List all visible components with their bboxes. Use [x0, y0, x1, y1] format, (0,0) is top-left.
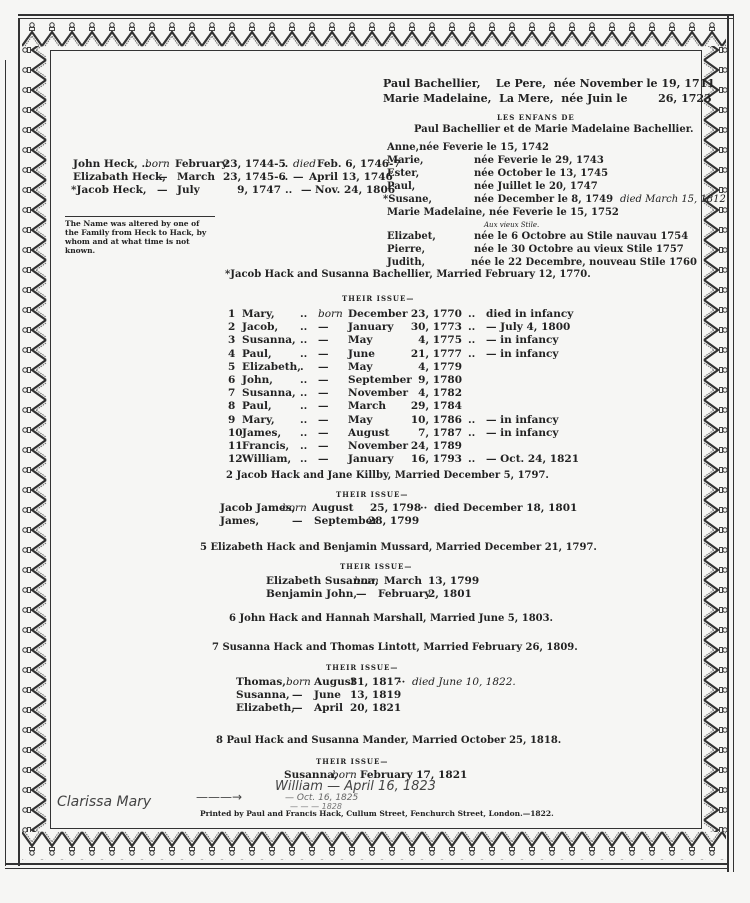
born-label: — — [356, 588, 378, 601]
birth-month: August — [314, 676, 350, 689]
born-label: — — [318, 440, 348, 453]
child-row: 2Jacob,..—January30, 1773..— July 4, 180… — [228, 321, 570, 334]
separator: .. — [300, 400, 318, 413]
birth-month: January — [348, 321, 406, 334]
birth-date: 9, 1747 — [223, 184, 281, 197]
child-susane: *Susane,née December le 8, 1749 died Mar… — [383, 193, 726, 206]
child-name: Francis, — [242, 440, 300, 453]
death-date: died in infancy — [486, 308, 573, 321]
birth-date: 29, 1784 — [406, 400, 468, 413]
child-ester: Ester,née October le 13, 1745 — [387, 167, 608, 180]
separator: . — [300, 361, 318, 374]
heck-row: John Heck, ..bornFebruary23, 1744-5..die… — [73, 158, 401, 171]
death-date: — July 4, 1800 — [486, 321, 570, 334]
marriage-title: 2 Jacob Hack and Jane Killby, Married De… — [226, 469, 549, 482]
birth-date: 2, 1801 — [428, 588, 472, 601]
child-name: *Susane, — [383, 193, 474, 206]
child-number: 10 — [228, 427, 242, 440]
separator: ·· — [398, 676, 412, 689]
marriage-title: 7 Susanna Hack and Thomas Lintott, Marri… — [212, 641, 578, 654]
child-row: 4Paul,..—June21, 1777..— in infancy — [228, 348, 559, 361]
mother-birth-date: 26, 1723 — [658, 92, 712, 105]
children-heading-line: Paul Bachellier et de Marie Madelaine Ba… — [414, 123, 694, 136]
birth-month: June — [314, 689, 350, 702]
mother-entry: Marie Madelaine, La Mere, née Juin le 26… — [383, 92, 712, 105]
child-number: 11 — [228, 440, 242, 453]
child-name: Susanna, — [242, 387, 300, 400]
child-number: 7 — [228, 387, 242, 400]
child-number: 2 — [228, 321, 242, 334]
child-row: Benjamin John,—February2, 1801 — [266, 588, 472, 601]
born-label: — — [157, 171, 177, 184]
birth-month: August — [348, 427, 406, 440]
child-number: 4 — [228, 348, 242, 361]
died-label: — — [293, 171, 309, 184]
child-row: 1Mary,..bornDecember23, 1770..died in in… — [228, 308, 573, 321]
child-birth: née October le 13, 1745 — [474, 168, 608, 179]
born-label: — — [292, 689, 314, 702]
separator: .. — [468, 453, 486, 466]
born-label: — — [318, 321, 348, 334]
birth-month: August — [312, 502, 370, 515]
birth-month: November — [348, 387, 406, 400]
child-name: Mary, — [242, 414, 300, 427]
child-name: Paul, — [242, 348, 300, 361]
birth-date: 4, 1775 — [406, 334, 468, 347]
child-row: Elizabeth Susanna,bornMarch13, 1799 — [266, 575, 479, 588]
birth-date: 7, 1787 — [406, 427, 468, 440]
separator: .. — [468, 348, 486, 361]
child-birth: née December le 8, 1749 — [474, 194, 613, 205]
born-label: — — [318, 387, 348, 400]
born-label: — — [318, 374, 348, 387]
child-name: Jacob, — [242, 321, 300, 334]
death-date: died June 10, 1822. — [412, 676, 516, 689]
child-name: Thomas, — [236, 676, 286, 689]
child-number: 1 — [228, 308, 242, 321]
death-date: died December 18, 1801 — [434, 502, 577, 515]
separator: .. — [300, 374, 318, 387]
born-label: — — [292, 515, 314, 528]
born-label: — — [318, 334, 348, 347]
handwritten-margin-name: Clarissa Mary — [57, 794, 151, 810]
birth-date: 31, 1817 — [350, 676, 398, 689]
note-divider — [65, 216, 215, 217]
separator: .. — [468, 414, 486, 427]
child-name: Jacob James, — [220, 502, 282, 515]
child-elizabet: Elizabet,née le 6 Octobre au Stile nauva… — [387, 230, 688, 243]
child-row: 10James,..—August7, 1787..— in infancy — [228, 427, 559, 440]
child-birth: née le 30 Octobre au vieux Stile 1757 — [474, 244, 684, 255]
child-name: Mary, — [242, 308, 300, 321]
birth-month: September — [314, 515, 368, 528]
child-pierre: Pierre,née le 30 Octobre au vieux Stile … — [387, 243, 684, 256]
birth-date: 25, 1798 — [370, 502, 420, 515]
birth-date: 30, 1773 — [406, 321, 468, 334]
father-role: Le Pere, — [496, 77, 546, 90]
child-name: Anne, — [387, 142, 419, 153]
separator: .. — [300, 308, 318, 321]
child-name: Elizabeth Susanna, — [266, 575, 354, 588]
child-birth: née Feverie le 29, 1743 — [474, 155, 604, 166]
birth-date: 13, 1819 — [350, 689, 401, 702]
death-date: — Oct. 24, 1821 — [486, 453, 579, 466]
separator: .. — [300, 453, 318, 466]
born-label: — — [318, 348, 348, 361]
printer-imprint: Printed by Paul and Francis Hack, Cullum… — [200, 809, 554, 818]
death-date: Feb. 6, 1746-7 — [317, 158, 401, 171]
father-birth: née November le 19, 1711 — [554, 77, 715, 90]
separator: .. — [468, 334, 486, 347]
child-name: Elizabeth, — [236, 702, 292, 715]
birth-date: 23, 1745-6 — [223, 171, 281, 184]
birth-month: December — [348, 308, 406, 321]
father-name: Paul Bachellier, — [383, 77, 481, 90]
separator: .. — [300, 414, 318, 427]
child-marie: Marie,née Feverie le 29, 1743 — [387, 154, 604, 167]
child-number: 8 — [228, 400, 242, 413]
born-label: — — [292, 702, 314, 715]
separator: .. — [300, 321, 318, 334]
birth-date: 4, 1782 — [406, 387, 468, 400]
born-label: — — [318, 453, 348, 466]
child-name: Susanna, — [236, 689, 292, 702]
child-number: 9 — [228, 414, 242, 427]
birth-date: 23, 1770 — [406, 308, 468, 321]
birth-date: 28, 1799 — [368, 515, 419, 528]
child-row: 9Mary,..—May10, 1786..— in infancy — [228, 414, 559, 427]
child-row: Jacob James,bornAugust25, 1798··died Dec… — [220, 502, 577, 515]
death-date: — in infancy — [486, 348, 559, 361]
child-row: 11Francis,..—November24, 1789 — [228, 440, 486, 453]
child-name: Marie Madelaine, — [387, 207, 486, 218]
born-label: born — [286, 676, 314, 689]
issue-label: THEIR ISSUE— — [316, 755, 388, 768]
child-row: 3Susanna,..—May4, 1775..— in infancy — [228, 334, 559, 347]
child-number: 5 — [228, 361, 242, 374]
child-birth: née le 6 Octobre au Stile nauvau 1754 — [474, 231, 688, 242]
death-date: Nov. 24, 1806 — [315, 184, 395, 197]
child-row: Susanna,—June13, 1819 — [236, 689, 401, 702]
separator: .. — [300, 334, 318, 347]
marriage-title: 8 Paul Hack and Susanna Mander, Married … — [216, 734, 561, 747]
child-name: Paul, — [242, 400, 300, 413]
birth-date: 10, 1786 — [406, 414, 468, 427]
child-number: 12 — [228, 453, 242, 466]
born-label: born — [282, 502, 312, 515]
birth-month: February — [175, 158, 223, 171]
marriage-title: 5 Elizabeth Hack and Benjamin Mussard, M… — [200, 541, 597, 554]
child-birth: née Feverie le 15, 1752 — [489, 207, 619, 218]
separator: .. — [300, 387, 318, 400]
birth-month: November — [348, 440, 406, 453]
separator: .. — [468, 321, 486, 334]
child-birth: née Feverie le 15, 1742 — [419, 142, 549, 153]
heck-row: Elizabath Heck,—March23, 1745-6..—April … — [73, 171, 393, 184]
child-anne: Anne,née Feverie le 15, 1742 — [387, 141, 549, 154]
child-name: Benjamin John, — [266, 588, 356, 601]
died-label: — — [301, 184, 315, 197]
separator: .. — [468, 427, 486, 440]
issue-label: THEIR ISSUE— — [340, 560, 412, 573]
child-number: 3 — [228, 334, 242, 347]
birth-month: March — [348, 400, 406, 413]
separator: ·· — [420, 502, 434, 515]
child-paul: Paul,née Juillet le 20, 1747 — [387, 180, 598, 193]
child-row: Thomas,bornAugust31, 1817··died June 10,… — [236, 676, 516, 689]
child-name: William, — [242, 453, 300, 466]
birth-date: 16, 1793 — [406, 453, 468, 466]
separator: .. — [281, 184, 301, 197]
child-row: 12William,..—January16, 1793..— Oct. 24,… — [228, 453, 579, 466]
born-label: — — [318, 414, 348, 427]
birth-date: 13, 1799 — [428, 575, 479, 588]
birth-month: May — [348, 414, 406, 427]
birth-month: January — [348, 453, 406, 466]
birth-month: June — [348, 348, 406, 361]
birth-date: 23, 1744-5 — [223, 158, 281, 171]
mother-role: La Mere, — [499, 92, 554, 105]
child-birth: née Juillet le 20, 1747 — [474, 181, 598, 192]
death-date: — in infancy — [486, 334, 559, 347]
birth-date: 24, 1789 — [406, 440, 468, 453]
born-label: — — [157, 184, 177, 197]
issue-label: THEIR ISSUE— — [342, 292, 414, 305]
child-row: 6John,..—September9, 1780 — [228, 374, 486, 387]
birth-month: September — [348, 374, 406, 387]
child-name: James, — [220, 515, 292, 528]
death-date: April 13, 1746 — [309, 171, 393, 184]
name-change-note: The Name was altered by one of the Famil… — [65, 219, 215, 255]
child-row: Elizabeth,—April20, 1821 — [236, 702, 401, 715]
heck-name: Elizabath Heck, — [73, 171, 157, 184]
mother-birth: née Juin le — [561, 92, 627, 105]
child-row: 5Elizabeth,.—May4, 1779 — [228, 361, 486, 374]
child-name: James, — [242, 427, 300, 440]
arrow-icon: ———→ — [196, 790, 242, 804]
handwritten-william: William — April 16, 1823 — [275, 779, 436, 794]
child-row: 7Susanna,..—November4, 1782 — [228, 387, 486, 400]
child-death: died March 15, 1812 — [620, 194, 726, 205]
birth-date: 20, 1821 — [350, 702, 401, 715]
child-name: Elizabet, — [387, 230, 474, 243]
child-row: 8Paul,..—March29, 1784 — [228, 400, 486, 413]
born-label: — — [318, 400, 348, 413]
birth-month: February — [378, 588, 428, 601]
mother-name: Marie Madelaine, — [383, 92, 491, 105]
birth-date: 9, 1780 — [406, 374, 468, 387]
father-entry: Paul Bachellier, Le Pere, née November l… — [383, 77, 715, 90]
child-marie-madelaine: Marie Madelaine, née Feverie le 15, 1752 — [387, 206, 619, 219]
document-page: Paul Bachellier, Le Pere, née November l… — [0, 0, 750, 903]
marriage-title: *Jacob Hack and Susanna Bachellier, Marr… — [225, 268, 591, 281]
child-number: 6 — [228, 374, 242, 387]
birth-month: March — [384, 575, 428, 588]
child-name: Elizabeth, — [242, 361, 300, 374]
child-row: James,—September28, 1799 — [220, 515, 419, 528]
birth-month: July — [177, 184, 223, 197]
child-name: Susanna, — [242, 334, 300, 347]
born-label: born — [318, 308, 348, 321]
birth-month: May — [348, 361, 406, 374]
child-name: Paul, — [387, 180, 474, 193]
child-birth: née le 22 Decembre, nouveau Stile 1760 — [471, 257, 697, 268]
birth-date: 4, 1779 — [406, 361, 468, 374]
issue-label: THEIR ISSUE— — [336, 488, 408, 501]
separator: .. — [281, 171, 293, 184]
separator: .. — [281, 158, 293, 171]
died-label: died — [293, 158, 317, 171]
heck-name: *Jacob Heck, — [71, 184, 157, 197]
birth-month: April — [314, 702, 350, 715]
born-label: born — [145, 158, 175, 171]
issue-label: THEIR ISSUE— — [326, 661, 398, 674]
death-date: — in infancy — [486, 427, 559, 440]
child-name: John, — [242, 374, 300, 387]
marriage-title: 6 John Hack and Hannah Marshall, Married… — [229, 612, 553, 625]
heck-name: John Heck, .. — [73, 158, 145, 171]
separator: .. — [468, 308, 486, 321]
separator: .. — [300, 427, 318, 440]
birth-date: 21, 1777 — [406, 348, 468, 361]
child-name: Pierre, — [387, 243, 474, 256]
birth-month: May — [348, 334, 406, 347]
born-label: — — [318, 427, 348, 440]
born-label: — — [318, 361, 348, 374]
separator: .. — [300, 348, 318, 361]
death-date: — in infancy — [486, 414, 559, 427]
birth-month: March — [177, 171, 223, 184]
born-label: born — [354, 575, 384, 588]
heck-row: *Jacob Heck,—July9, 1747..—Nov. 24, 1806 — [71, 184, 395, 197]
separator: .. — [300, 440, 318, 453]
